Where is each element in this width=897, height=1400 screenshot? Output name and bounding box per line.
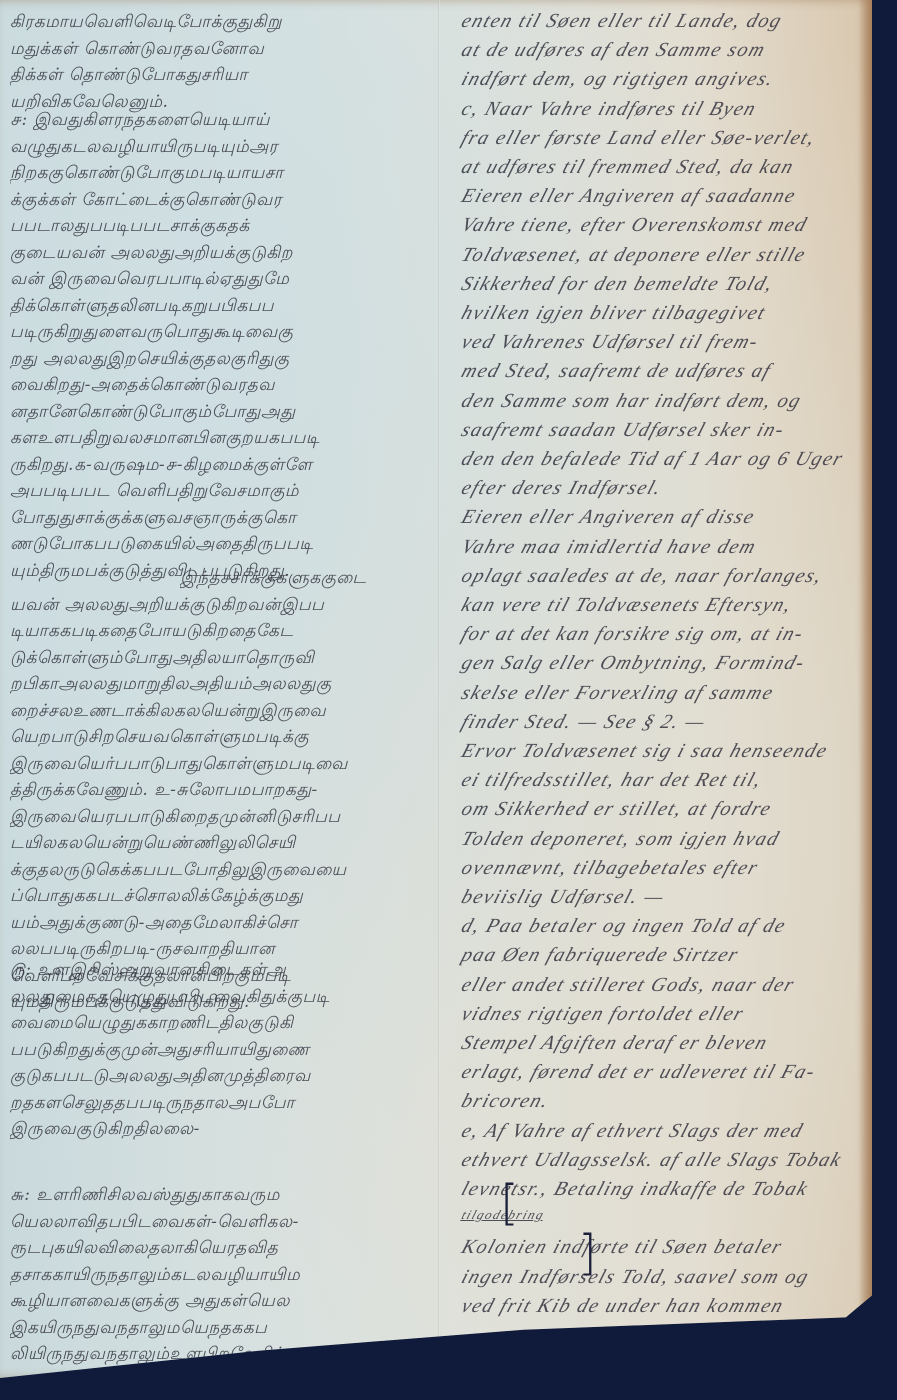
tamil-line: ப்பொதுககபடச்சொலலிக்கேழ்க்குமது — [10, 886, 430, 908]
tamil-line: களஉளபதிறுவலசமானபினகுறயகபபடி — [10, 428, 430, 450]
danish-line: beviislig Udførsel. — — [458, 886, 885, 909]
tamil-line: பபடாலதுபபடிபபடசாக்குகதக் — [10, 216, 430, 238]
danish-line: Vahre maa imidlertid have dem — [458, 536, 885, 559]
tamil-line: லலதுமைகதயெழுதுபபிடவைகிதுக்குபடி — [10, 987, 430, 1009]
danish-line: hvilken igjen bliver tilbagegivet — [458, 302, 885, 325]
danish-line: Naar — [796, 1324, 897, 1347]
tamil-line: னதானேகொண்டுபோகும்போதுஅது — [10, 402, 430, 424]
close-bracket-annotation: ] — [578, 1225, 597, 1281]
tamil-line: ௬: உளரிணிசிலவஸ்துதுகாகவரும — [10, 1185, 430, 1207]
tamil-line: கூழியானவைகளுக்கு அதுகள்யெல — [10, 1291, 430, 1313]
danish-line: den Samme som har indført dem, og — [458, 390, 885, 413]
danish-line: at de udføres af den Samme som — [458, 39, 885, 62]
danish-line: gen Salg eller Ombytning, Formind- — [458, 652, 885, 675]
danish-line: ved frit Kib de under han kommen — [458, 1295, 885, 1318]
tamil-line: யம்அதுக்குணடு-அதைமேலாகிச்சொ — [10, 913, 430, 935]
tamil-line: லியிருநதுவநதாலும்உளபிறவேசித் — [10, 1344, 430, 1366]
tamil-line: யெலலாவிதபபிடவைகள்-வெளிகல- — [10, 1212, 430, 1234]
tamil-line: வன் இருவைவெரபபாடில்ஏதுதுமே — [10, 269, 430, 291]
danish-line: kan vere til Toldvæsenets Eftersyn, — [458, 594, 885, 617]
tamil-line: க்குதலருடுகெக்கபபடபோதிலுஇருவையை — [10, 860, 430, 882]
danish-line: fra eller første Land eller Søe-verlet, — [458, 127, 885, 150]
danish-line: tilgodebring — [459, 1207, 884, 1223]
danish-line: ethvert Udlagsselsk. af alle Slags Tobak — [458, 1149, 885, 1172]
tamil-line: போதுதுசாக்குக்களுவசஞாருக்குகொ — [10, 508, 430, 530]
tamil-line: ருகிறது.௧-வருஷம-௪-கிழமைக்குள்ளே — [10, 455, 430, 477]
danish-line: ingen Indførsels Told, saavel som og — [458, 1266, 885, 1289]
tamil-line: இருவையெர்பபாடுபாதுகொள்ளுமபடிவை — [10, 754, 430, 776]
tamil-line: குடையவன் அலலதுஅறியக்குடுகிற — [10, 243, 430, 265]
danish-line: erlagt, førend det er udleveret til Fa- — [458, 1061, 885, 1084]
danish-line: efter deres Indførsel. — [458, 477, 885, 500]
danish-line: d, Paa betaler og ingen Told af de — [458, 915, 885, 938]
danish-line: Vahre tiene, efter Overenskomst med — [458, 214, 885, 237]
manuscript-page: கிரகமாயவெளிவெடிபோக்குதுகிறுமதுக்கள் கொண்… — [0, 0, 872, 1378]
danish-line: ovennævnt, tilbagebetales efter — [458, 857, 885, 880]
danish-line: paa Øen fabriquerede Sirtzer — [458, 944, 885, 967]
tamil-line: வைகிறது-அதைக்கொண்டுவரதவ — [10, 375, 430, 397]
danish-line: bricoren. — [458, 1090, 885, 1113]
tamil-line: யவன் அலலதுஅறியக்குடுகிறவன்இபப — [10, 595, 430, 617]
danish-line: den den befalede Tid af 1 Aar og 6 Uger — [458, 448, 885, 471]
danish-line: eller andet stilleret Gods, naar der — [458, 974, 885, 997]
tamil-line: படிருகிறுதுளைவருபொதுகூடிவைகு — [10, 322, 430, 344]
tamil-line: வழுதுகடலவழியாயிருபடியும்அர — [10, 137, 430, 159]
danish-line: levnetsr., Betaling indkaffe de Tobak — [458, 1178, 885, 1201]
tamil-line: கிரகமாயவெளிவெடிபோக்குதுகிறு — [10, 12, 430, 34]
danish-line: Tolden deponeret, som igjen hvad — [458, 828, 885, 851]
danish-line: saafremt saadan Udførsel sker in- — [458, 419, 885, 442]
danish-line: enten til Søen eller til Lande, dog — [458, 10, 885, 33]
danish-line: finder Sted. — See § 2. — — [458, 711, 885, 734]
tamil-line: திக்கொள்ளுதலினபடிகறுபபிகபப — [10, 296, 430, 318]
tamil-line: குடுகபபடடுஅலலதுஅதினமுத்திரைவ — [10, 1066, 430, 1088]
page-fold-line — [438, 0, 440, 1370]
tamil-line: த்திருக்கவேணும். உ-சுலோபமபாறகது- — [10, 780, 430, 802]
tamil-line: யெறபாடுசிறசெயவகொள்ளுமபடிக்கு — [10, 727, 430, 749]
tamil-line: திக்கள் தொண்டுபோகதுசரியா — [10, 65, 430, 87]
danish-line: for at det kan forsikre sig om, at in- — [458, 623, 885, 646]
danish-line: Toldvæsenet, at deponere eller stille — [458, 244, 885, 267]
danish-line: oplagt saaledes at de, naar forlanges, — [458, 565, 885, 588]
tamil-line: டுக்கொள்ளும்போதுஅதிலயாதொருவி — [10, 648, 430, 670]
tamil-line: றதகளசெலுததபபடிருநதாலஅபபோ — [10, 1093, 430, 1115]
tamil-line: றபிகாஅலலதுமாறுதிலஅதியம்அலலதுகு — [10, 674, 430, 696]
danish-line: vidnes rigtigen fortoldet eller — [458, 1003, 885, 1026]
danish-line: at udføres til fremmed Sted, da kan — [458, 156, 885, 179]
danish-line: Eieren eller Angiveren af saadanne — [458, 185, 885, 208]
danish-line: skelse eller Forvexling af samme — [458, 682, 885, 705]
tamil-line: தசாககாயிருநதாலும்கடலவழியாயிம — [10, 1265, 430, 1287]
danish-line: indført dem, og rigtigen angives. — [458, 68, 885, 91]
tamil-line: நிறககுகொண்டுபோகுமபடியாயசா — [10, 163, 430, 185]
danish-line: med Sted, saafremt de udføres af — [458, 360, 885, 383]
tamil-line: லலபபடிருகிறபடி-ருசவாறதியான — [10, 939, 430, 961]
tamil-line: இகயிருநதுவநதாலுமயெநதககப — [10, 1318, 430, 1340]
danish-line: e, Af Vahre af ethvert Slags der med — [458, 1120, 885, 1143]
danish-line: ved Vahrenes Udførsel til frem- — [458, 331, 885, 354]
tamil-line: பபடுகிறதுக்குமுன்அதுசரியாயிதுணை — [10, 1040, 430, 1062]
tamil-line: இருவையெரபபாடுகிறைதமுன்னிடுசரிபப — [10, 807, 430, 829]
open-bracket-annotation: [ — [500, 1175, 519, 1231]
tamil-line: டியாககபடிகதைபோயடுகிறதைகேட — [10, 621, 430, 643]
danish-line: om Sikkerhed er stillet, at fordre — [458, 798, 885, 821]
tamil-line: ருவைகுடுகிறதிலலை. — [10, 1371, 430, 1393]
tamil-line: ணடுபோகபபடுகையில்அதைதிருபபடி — [10, 534, 430, 556]
tamil-line: டயிலகலயென்றுயெண்ணிலுலிசெயி — [10, 833, 430, 855]
danish-line: Ervor Toldvæsenet sig i saa henseende — [458, 740, 885, 763]
tamil-line: ௫: உளஇசிஸ்அறுவானசிடைகள்அ — [10, 960, 430, 982]
danish-line: Sikkerhed for den bemeldte Told, — [458, 273, 885, 296]
tamil-line: வைமையெழுதுககாறணிடதிலகுடுகி — [10, 1013, 430, 1035]
tamil-line: றைச்சலஉணடாக்கிலகலயென்றுஇருவை — [10, 701, 430, 723]
danish-line: Stempel Afgiften deraf er bleven — [458, 1032, 885, 1055]
tamil-line: ரூடபுகயிலவிலைதலாகியெரதவித — [10, 1238, 430, 1260]
danish-line: c, Naar Vahre indføres til Byen — [458, 98, 885, 121]
tamil-line: க்குக்கள் கோட்டைக்குகொண்டுவர — [10, 190, 430, 212]
tamil-line: மதுக்கள் கொண்டுவரதவனோவ — [10, 39, 430, 61]
tamil-line: ௪: இவதுகிளரநதகளையெடியாய் — [10, 110, 430, 132]
danish-line: Eieren eller Angiveren af disse — [458, 506, 885, 529]
danish-line: Kolonien indførte til Søen betaler — [458, 1236, 885, 1259]
tamil-line: அபபடிபபட வெளிபதிறுவேசமாகும் — [10, 481, 430, 503]
danish-line: ei tilfredsstillet, har det Ret til, — [458, 769, 885, 792]
tamil-line: இருவைகுடுகிறதிலலை- — [10, 1119, 430, 1141]
tamil-line: றது அலலதுஇறசெயிக்குதலகுரிதுகு — [10, 349, 430, 371]
